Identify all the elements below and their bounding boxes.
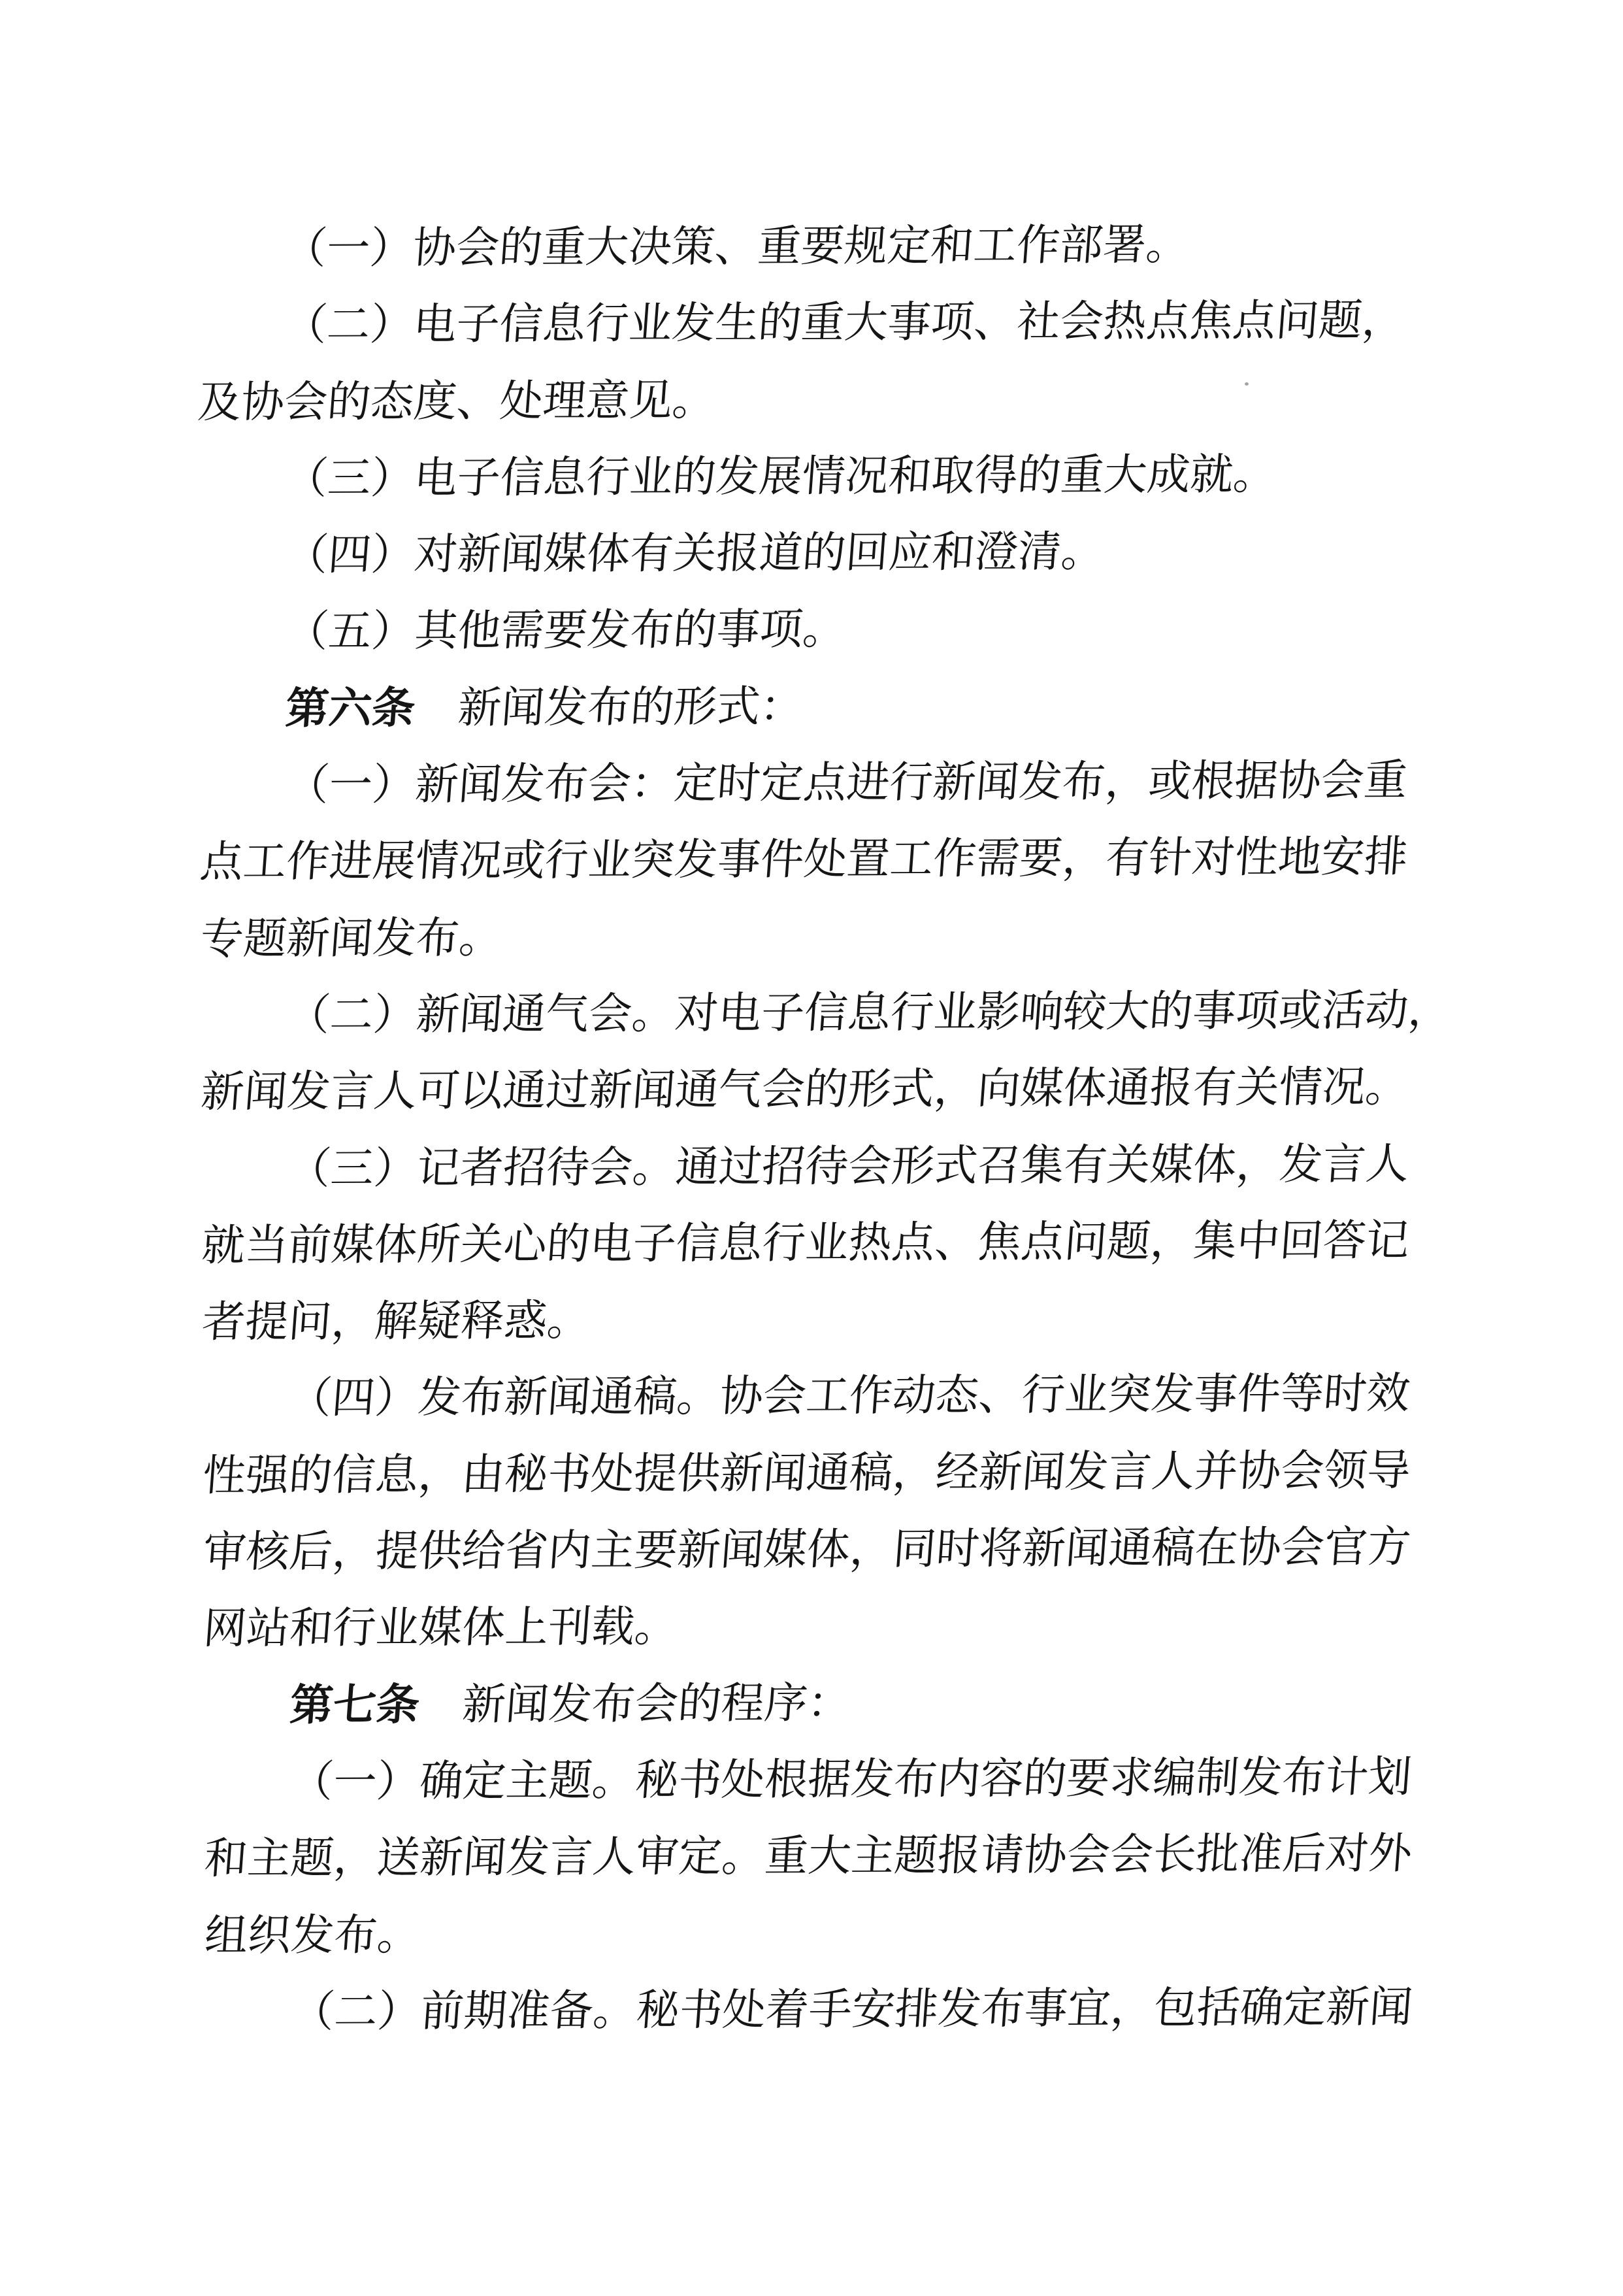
- line-text: 网站和行业媒体上刊载。: [202, 1603, 680, 1653]
- doc-line-1: （一）协会的重大决策、重要规定和工作部署。: [195, 206, 1417, 288]
- doc-line-15: 者提问，解疑释惑。: [199, 1279, 1422, 1361]
- doc-line-16: （四）发布新闻通稿。协会工作动态、行业突发事件等时效: [199, 1356, 1422, 1437]
- doc-line-22: 和主题，送新闻发言人审定。重大主题报请协会会长批准后对外: [202, 1816, 1424, 1897]
- doc-line-11: （二）新闻通气会。对电子信息行业影响较大的事项或活动，: [198, 973, 1420, 1054]
- line-text: （二）新闻通气会。对电子信息行业影响较大的事项或活动，: [286, 987, 1453, 1040]
- doc-line-10: 专题新闻发布。: [197, 896, 1420, 978]
- line-text: （一）新闻发布会：定时定点进行新闻发布，或根据协会重: [284, 757, 1409, 810]
- line-text: （三）记者招待会。通过招待会形式召集有关媒体，发言人: [286, 1140, 1411, 1193]
- doc-line-4: （三）电子信息行业的发展情况和取得的重大成就。: [195, 436, 1418, 518]
- article-number: 第六条: [284, 684, 416, 733]
- doc-line-19: 网站和行业媒体上刊载。: [201, 1586, 1423, 1667]
- scanned-document-page: （一）协会的重大决策、重要规定和工作部署。 （二）电子信息行业发生的重大事项、社…: [0, 0, 1623, 2296]
- line-text: 性强的信息，由秘书处提供新闻通稿，经新闻发言人并协会领导: [201, 1447, 1412, 1500]
- line-text: 新闻发言人可以通过新闻通气会的形式，向媒体通报有关情况。: [199, 1063, 1410, 1116]
- line-text: （二）电子信息行业发生的重大事项、社会热点焦点问题，: [282, 297, 1407, 350]
- scan-speck: [1245, 382, 1249, 386]
- doc-line-6: （五）其他需要发布的事项。: [196, 589, 1418, 671]
- doc-line-24: （二）前期准备。秘书处着手安排发布事宜，包括确定新闻: [203, 1969, 1425, 2051]
- doc-line-14: 就当前媒体所关心的电子信息行业热点、焦点问题，集中回答记: [199, 1203, 1421, 1284]
- doc-line-8: （一）新闻发布会：定时定点进行新闻发布，或根据协会重: [197, 742, 1419, 824]
- line-text: 点工作进展情况或行业突发事件处置工作需要，有针对性地安排: [199, 833, 1409, 886]
- doc-line-7-article-6-heading: 第六条 新闻发布的形式：: [197, 666, 1419, 748]
- line-text: （五）其他需要发布的事项。: [284, 606, 847, 656]
- doc-line-20-article-7-heading: 第七条 新闻发布会的程序：: [201, 1663, 1423, 1744]
- doc-line-13: （三）记者招待会。通过招待会形式召集有关媒体，发言人: [199, 1125, 1421, 1207]
- doc-line-12: 新闻发言人可以通过新闻通气会的形式，向媒体通报有关情况。: [198, 1049, 1420, 1131]
- line-text: （四）发布新闻通稿。协会工作动态、行业突发事件等时效: [287, 1370, 1411, 1423]
- line-text: 新闻发布会的程序：: [418, 1679, 852, 1729]
- document-text-block: （一）协会的重大决策、重要规定和工作部署。 （二）电子信息行业发生的重大事项、社…: [197, 206, 1422, 2051]
- doc-line-23: 组织发布。: [202, 1892, 1424, 1974]
- line-text: 者提问，解疑释惑。: [201, 1297, 592, 1347]
- line-text: 新闻发布的形式：: [413, 683, 804, 733]
- line-text: 及协会的态度、处理意见。: [196, 376, 717, 426]
- doc-line-3: 及协会的态度、处理意见。: [195, 359, 1418, 441]
- doc-line-21: （一）确定主题。秘书处根据发布内容的要求编制发布计划: [201, 1739, 1424, 1821]
- line-text: 就当前媒体所关心的电子信息行业热点、焦点问题，集中回答记: [200, 1217, 1411, 1270]
- line-text: （一）确定主题。秘书处根据发布内容的要求编制发布计划: [289, 1754, 1413, 1806]
- article-number: 第七条: [288, 1681, 421, 1729]
- line-text: 组织发布。: [203, 1911, 422, 1959]
- doc-line-18: 审核后，提供给省内主要新闻媒体，同时将新闻通稿在协会官方: [200, 1509, 1422, 1591]
- doc-line-2: （二）电子信息行业发生的重大事项、社会热点焦点问题，: [195, 282, 1417, 364]
- doc-line-9: 点工作进展情况或行业突发事件处置工作需要，有针对性地安排: [197, 819, 1420, 901]
- line-text: （二）前期准备。秘书处着手安排发布事宜，包括确定新闻: [289, 1984, 1414, 2037]
- line-text: 专题新闻发布。: [199, 914, 504, 963]
- line-text: （四）对新闻媒体有关报道的回应和澄清。: [283, 528, 1106, 579]
- line-text: 和主题，送新闻发言人审定。重大主题报请协会会长批准后对外: [203, 1830, 1413, 1883]
- doc-line-5: （四）对新闻媒体有关报道的回应和澄清。: [196, 512, 1418, 594]
- line-text: 审核后，提供给省内主要新闻媒体，同时将新闻通稿在协会官方: [201, 1523, 1412, 1576]
- line-text: （一）协会的重大决策、重要规定和工作部署。: [282, 221, 1190, 273]
- line-text: （三）电子信息行业的发展情况和取得的重大成就。: [283, 451, 1278, 503]
- doc-line-17: 性强的信息，由秘书处提供新闻通稿，经新闻发言人并协会领导: [200, 1433, 1422, 1514]
